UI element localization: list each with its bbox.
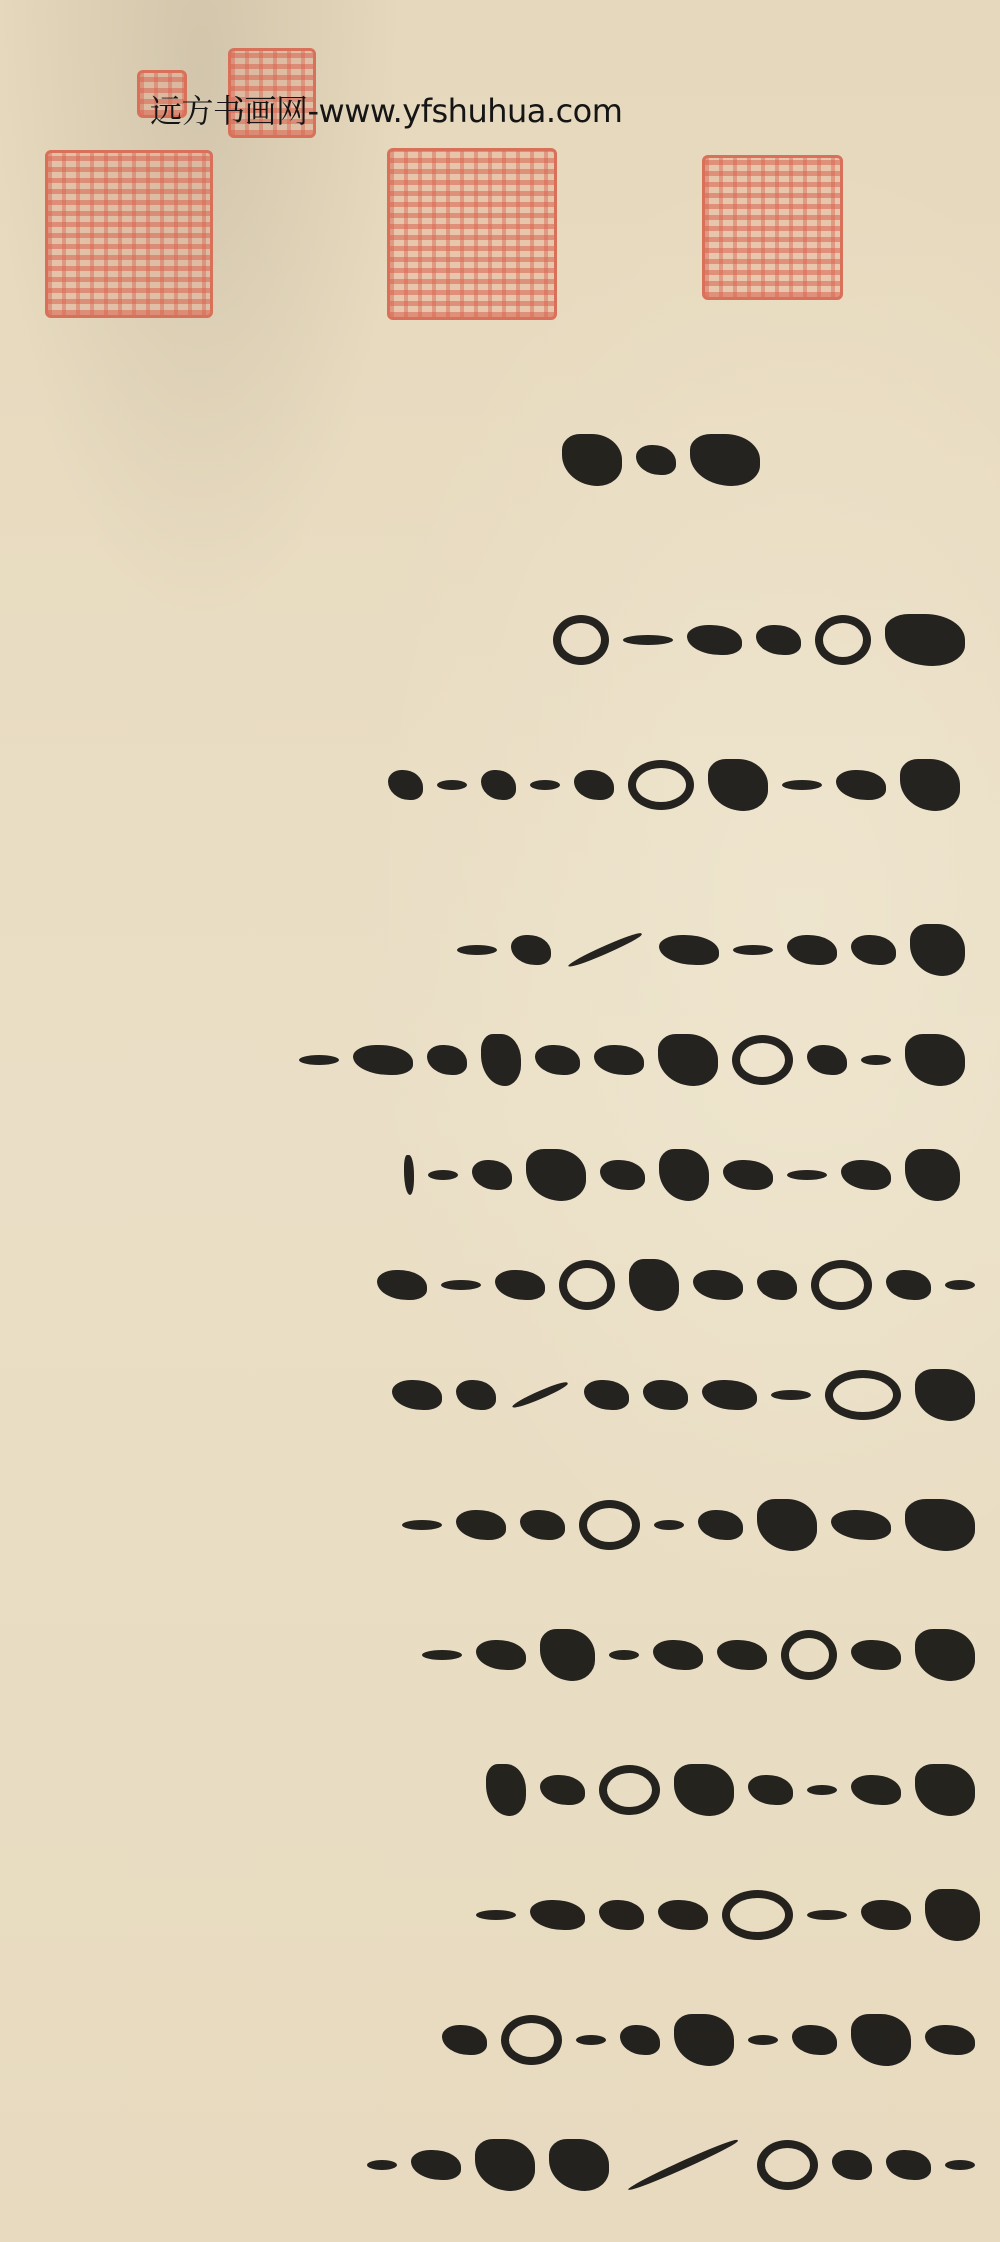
calligraphy-line xyxy=(60,1880,980,1950)
seal-large-left xyxy=(45,150,213,318)
calligraphy-line xyxy=(470,605,965,675)
calligraphy-line xyxy=(175,750,960,820)
calligraphy-line xyxy=(40,1620,975,1690)
watermark-text: 远方书画网-www.yfshuhua.com xyxy=(150,86,622,132)
calligraphy-line xyxy=(45,1140,960,1210)
calligraphy-line xyxy=(280,915,965,985)
seal-large-center xyxy=(387,148,557,320)
calligraphy-line xyxy=(30,2005,975,2075)
calligraphy-line xyxy=(470,425,760,495)
calligraphy-line xyxy=(60,1360,975,1430)
calligraphy-scroll: 远方书画网-www.yfshuhua.com xyxy=(0,0,1000,2242)
calligraphy-line xyxy=(30,1025,965,1095)
calligraphy-line xyxy=(45,1250,975,1320)
calligraphy-line xyxy=(30,2130,975,2200)
calligraphy-line xyxy=(140,1755,975,1825)
seal-right xyxy=(702,155,843,300)
calligraphy-line xyxy=(30,1490,975,1560)
